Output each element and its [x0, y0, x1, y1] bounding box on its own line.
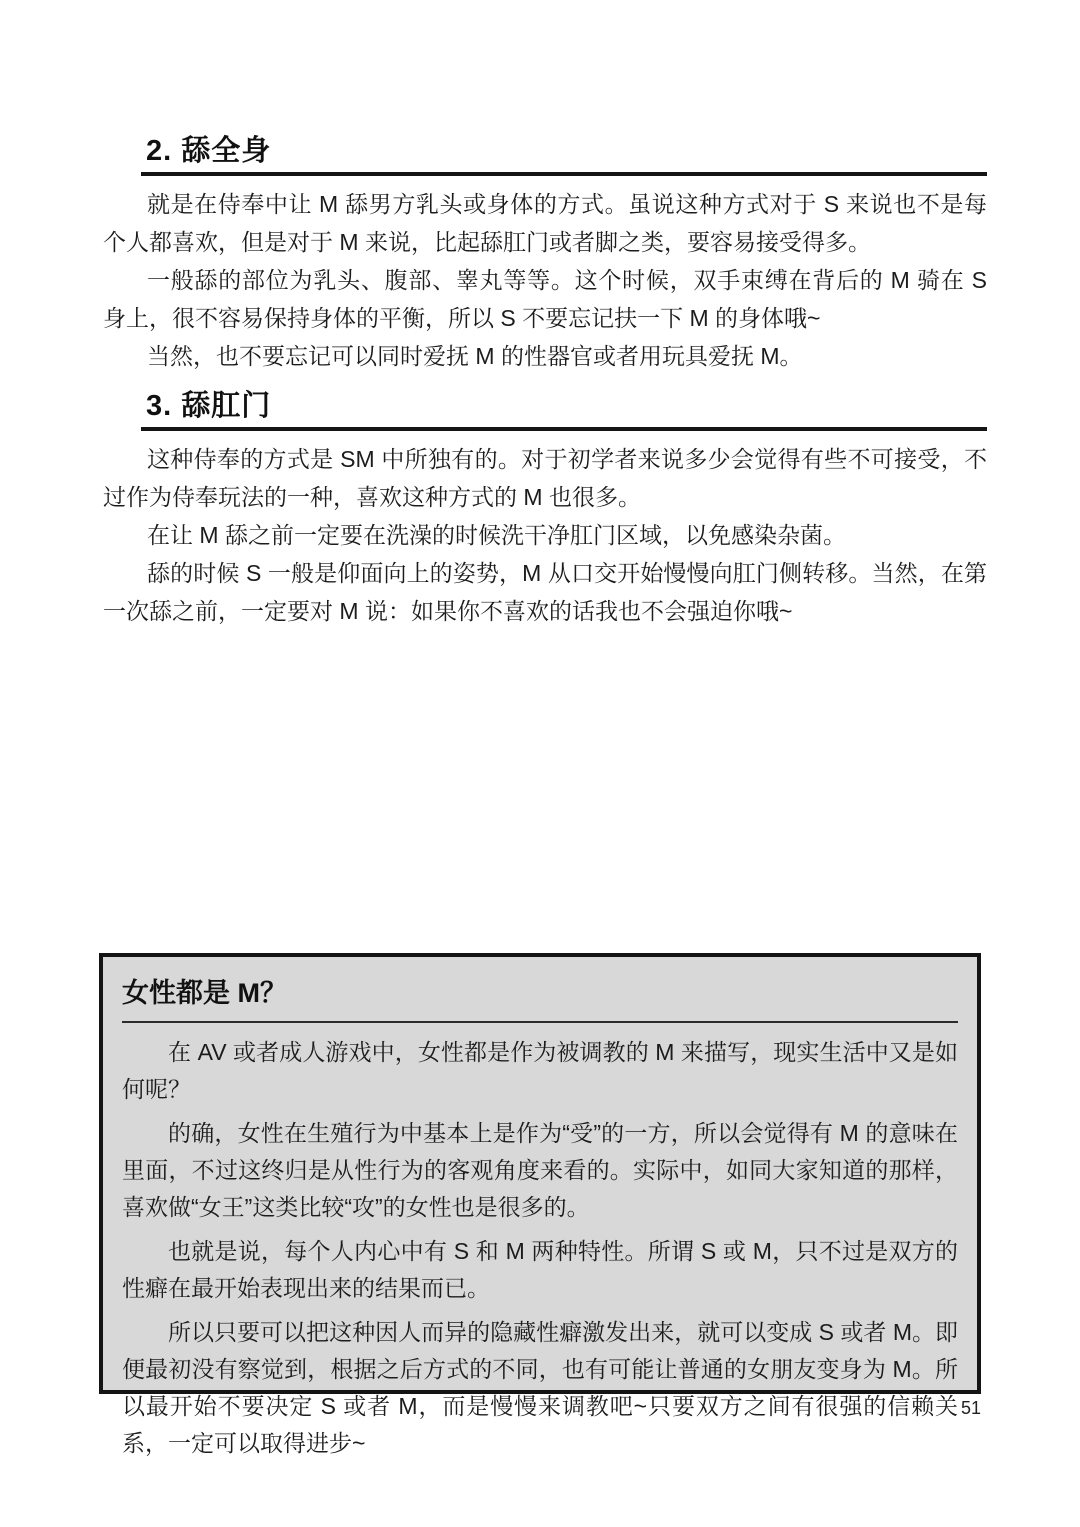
section-2-paragraph: 当然，也不要忘记可以同时爱抚 M 的性器官或者用玩具爱抚 M。: [103, 337, 987, 375]
section-3: 3. 舔肛门 这种侍奉的方式是 SM 中所独有的。对于初学者来说多少会觉得有些不…: [103, 389, 987, 630]
section-3-paragraph: 在让 M 舔之前一定要在洗澡的时候洗干净肛门区域，以免感染杂菌。: [103, 516, 987, 554]
section-2-heading-rule: 2. 舔全身: [141, 134, 987, 176]
section-3-heading-rule: 3. 舔肛门: [141, 389, 987, 431]
section-3-paragraph: 舔的时候 S 一般是仰面向上的姿势，M 从口交开始慢慢向肛门侧转移。当然，在第一…: [103, 554, 987, 630]
page-number: 51: [961, 1397, 981, 1419]
section-3-heading: 3. 舔肛门: [146, 389, 987, 423]
callout-box-paragraph: 在 AV 或者成人游戏中，女性都是作为被调教的 M 来描写，现实生活中又是如何呢…: [122, 1034, 958, 1108]
callout-box-paragraph: 所以只要可以把这种因人而异的隐藏性癖激发出来，就可以变成 S 或者 M。即便最初…: [122, 1314, 958, 1462]
callout-box-paragraph: 也就是说，每个人内心中有 S 和 M 两种特性。所谓 S 或 M，只不过是双方的…: [122, 1233, 958, 1307]
section-3-paragraph: 这种侍奉的方式是 SM 中所独有的。对于初学者来说多少会觉得有些不可接受，不过作…: [103, 440, 987, 516]
section-2-paragraph: 一般舔的部位为乳头、腹部、睾丸等等。这个时候，双手束缚在背后的 M 骑在 S 身…: [103, 261, 987, 337]
section-2-heading: 2. 舔全身: [146, 134, 987, 168]
document-page: 2. 舔全身 就是在侍奉中让 M 舔男方乳头或身体的方式。虽说这种方式对于 S …: [0, 0, 1080, 1527]
callout-box: 女性都是 M？ 在 AV 或者成人游戏中，女性都是作为被调教的 M 来描写，现实…: [99, 953, 981, 1394]
callout-box-heading: 女性都是 M？: [122, 977, 958, 1023]
main-content: 2. 舔全身 就是在侍奉中让 M 舔男方乳头或身体的方式。虽说这种方式对于 S …: [103, 134, 987, 630]
section-2-paragraph: 就是在侍奉中让 M 舔男方乳头或身体的方式。虽说这种方式对于 S 来说也不是每个…: [103, 185, 987, 261]
section-2: 2. 舔全身 就是在侍奉中让 M 舔男方乳头或身体的方式。虽说这种方式对于 S …: [103, 134, 987, 375]
callout-box-paragraph: 的确，女性在生殖行为中基本上是作为“受”的一方，所以会觉得有 M 的意味在里面，…: [122, 1115, 958, 1226]
